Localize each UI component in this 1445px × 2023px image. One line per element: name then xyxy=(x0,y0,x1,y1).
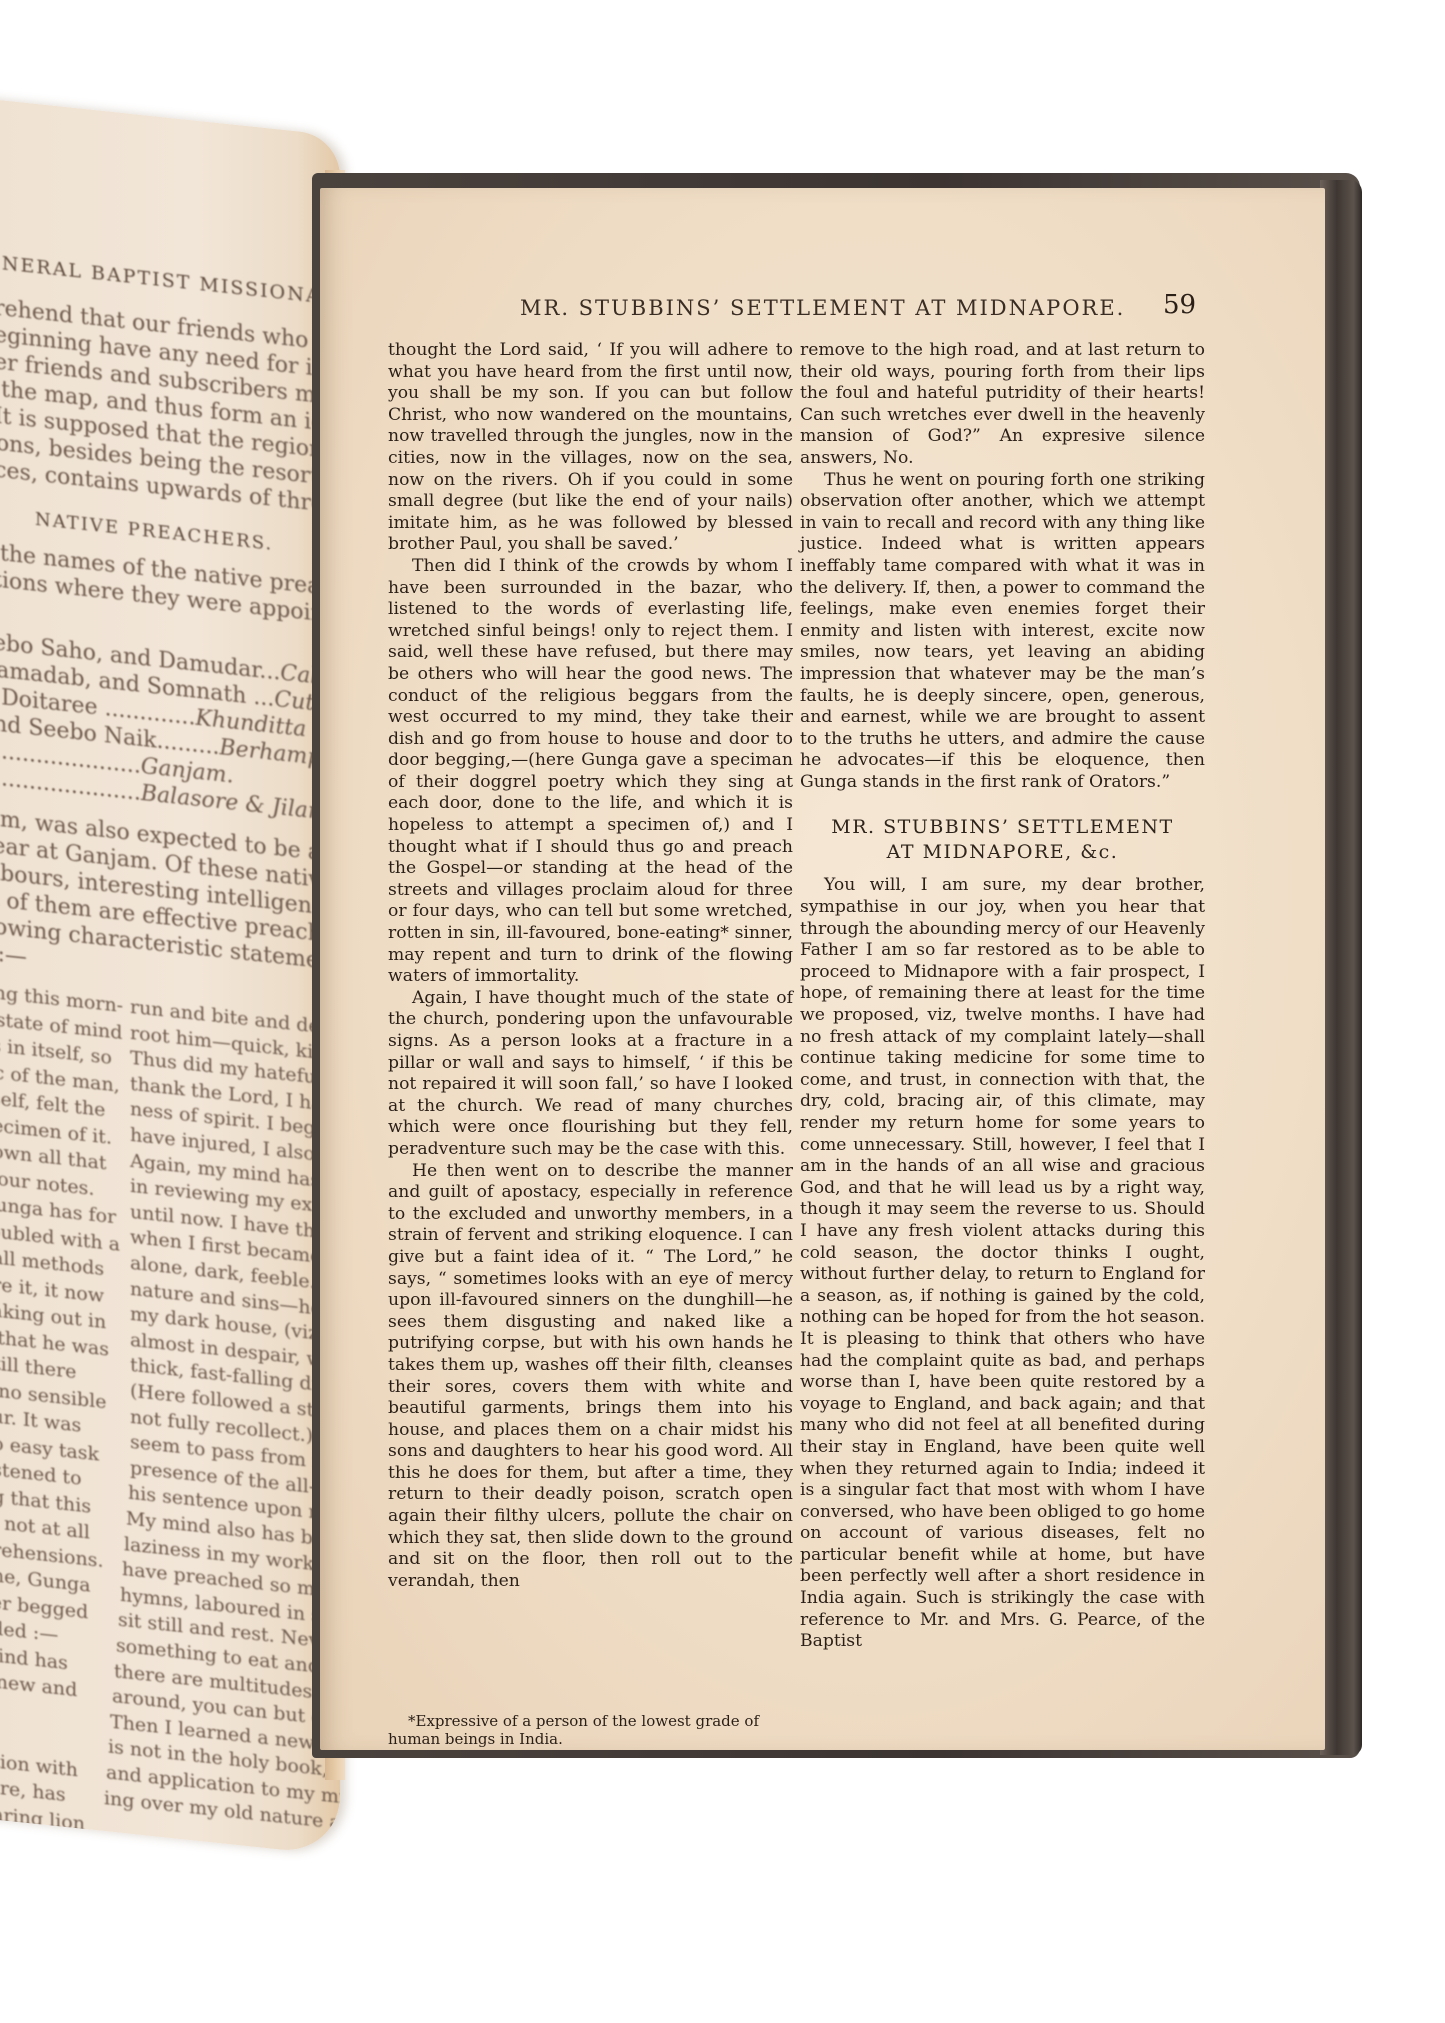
text-column-left: thought the Lord said, ‘ If you will adh… xyxy=(388,340,793,1592)
left-page-line: paring lion xyxy=(0,1800,85,1838)
section-title-line-1: MR. STUBBINS’ SETTLEMENT xyxy=(800,815,1205,840)
paragraph: thought the Lord said, ‘ If you will adh… xyxy=(388,340,793,556)
section-title: MR. STUBBINS’ SETTLEMENT AT MIDNAPORE, &… xyxy=(800,815,1205,865)
paragraph: Thus he went on pouring forth one striki… xyxy=(800,470,1205,794)
paragraph: remove to the high road, and at last ret… xyxy=(800,340,1205,470)
text-column-right: remove to the high road, and at last ret… xyxy=(800,340,1205,1653)
left-page: ENERAL BAPTIST MISSIONARY SOCIETY.prehen… xyxy=(0,98,340,1856)
footnote: *Expressive of a person of the lowest gr… xyxy=(388,1712,793,1748)
page-number: 59 xyxy=(1163,290,1196,320)
paragraph: Again, I have thought much of the state … xyxy=(388,988,793,1161)
paragraph: You will, I am sure, my dear brother, sy… xyxy=(800,875,1205,1652)
book-cover-edge xyxy=(1320,180,1362,1755)
text-before-section: remove to the high road, and at last ret… xyxy=(800,340,1205,793)
paragraph: Then did I think of the crowds by whom I… xyxy=(388,556,793,988)
running-head: MR. STUBBINS’ SETTLEMENT AT MIDNAPORE. xyxy=(520,296,1160,320)
left-page-line: said, Up! xyxy=(0,1826,67,1856)
left-page-text: ENERAL BAPTIST MISSIONARY SOCIETY.prehen… xyxy=(0,98,320,134)
text-after-section: You will, I am sure, my dear brother, sy… xyxy=(800,875,1205,1652)
left-page-line: r :— xyxy=(0,939,27,971)
paragraph: He then went on to describe the manner a… xyxy=(388,1161,793,1593)
section-title-line-2: AT MIDNAPORE, &c. xyxy=(800,840,1205,865)
